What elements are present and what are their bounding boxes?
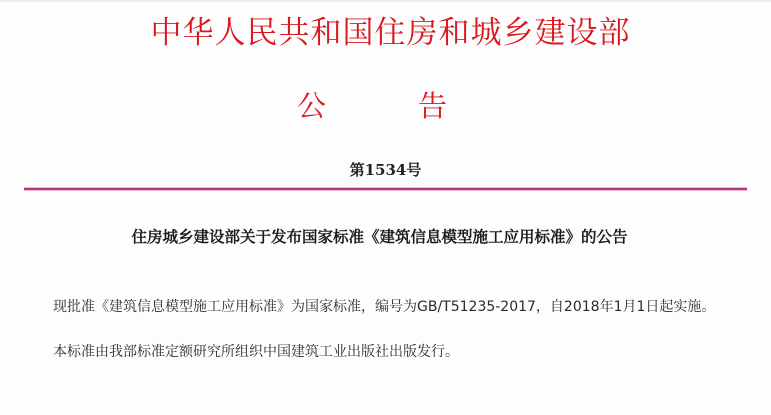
issuer-title: 中华人民共和国住房和城乡建设部 — [0, 13, 771, 53]
document-number: 第1534号 — [0, 159, 771, 181]
header-divider — [24, 188, 747, 190]
top-edge — [0, 0, 771, 2]
notice-subject: 住房城乡建设部关于发布国家标准《建筑信息模型施工应用标准》的公告 — [0, 226, 771, 248]
body-paragraph: 本标准由我部标准定额研究所组织中国建筑工业出版社出版发行。 — [53, 342, 459, 362]
notice-heading-char-2: 告 — [418, 86, 447, 126]
notice-heading: 公 告 — [0, 86, 771, 126]
body-paragraph: 现批准《建筑信息模型施工应用标准》为国家标准，编号为GB/T51235-2017… — [53, 297, 715, 317]
notice-heading-char-1: 公 — [297, 86, 326, 126]
